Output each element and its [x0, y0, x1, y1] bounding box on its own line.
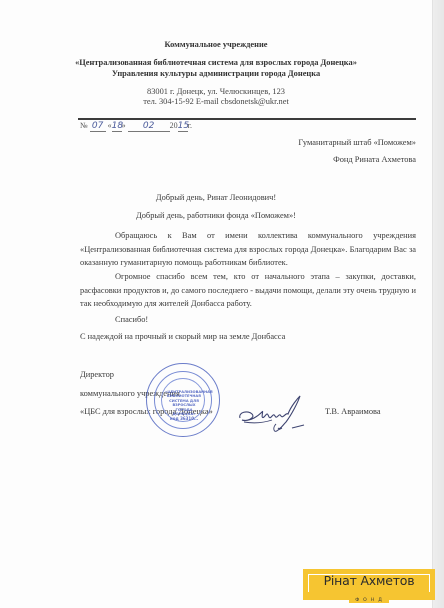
reference-year: 15 [178, 122, 188, 132]
logo-subtitle: ФОНД [305, 598, 433, 603]
stamp-code: код 36310… [167, 416, 201, 421]
signatory-title-1: Директор [80, 370, 114, 379]
org-contacts: тел. 304-15-92 E-mail cbsdonetsk@ukr.net [0, 97, 432, 106]
paragraph-2: Огромное спасибо всем тем, кто от началь… [80, 270, 416, 311]
reference-day: 18 [112, 122, 122, 132]
thanks-text: Спасибо! [115, 315, 148, 324]
reference-month: 02 [128, 122, 170, 132]
header-divider [78, 118, 416, 120]
org-parent: Управления культуры администрации города… [0, 69, 432, 78]
logo-name: Рінат Ахметов [305, 573, 433, 588]
stamp-inner-text: «ЦЕНТРАЛИЗОВАННАЯ БИБЛИОТЕЧНАЯ СИСТЕМА Д… [165, 390, 203, 416]
paragraph-1: Обращаюсь к Вам от имени коллектива комм… [80, 229, 416, 270]
org-name: «Централизованная библиотечная система д… [0, 58, 432, 67]
org-type: Коммунальное учреждение [0, 40, 432, 49]
handwritten-signature-icon [236, 392, 306, 436]
greeting-2: Добрый день, работники фонда «Поможем»! [0, 211, 432, 220]
page-edge [432, 0, 444, 608]
foundation-logo: Рінат Ахметов ФОНД [303, 569, 435, 600]
org-address: 83001 г. Донецк, ул. Челюскинцев, 123 [0, 87, 432, 96]
official-stamp: «ЦЕНТРАЛИЗОВАННАЯ БИБЛИОТЕЧНАЯ СИСТЕМА Д… [146, 363, 220, 437]
signatory-name: Т.В. Авраимова [325, 407, 381, 416]
reference-number: 07 [90, 122, 106, 132]
year-postfix: г. [188, 121, 192, 130]
number-prefix: № [80, 121, 88, 130]
year-prefix: 20 [170, 121, 178, 130]
greeting-1: Добрый день, Ринат Леонидович! [0, 193, 432, 202]
recipient-line-1: Гуманитарный штаб «Поможем» [298, 138, 416, 147]
reference-line: № 07 «18» 022015г. [80, 121, 192, 132]
recipient-line-2: Фонд Рината Ахметова [333, 155, 416, 164]
letter-page: Коммунальное учреждение «Централизованна… [0, 0, 432, 608]
closing-text: С надеждой на прочный и скорый мир на зе… [80, 332, 285, 341]
